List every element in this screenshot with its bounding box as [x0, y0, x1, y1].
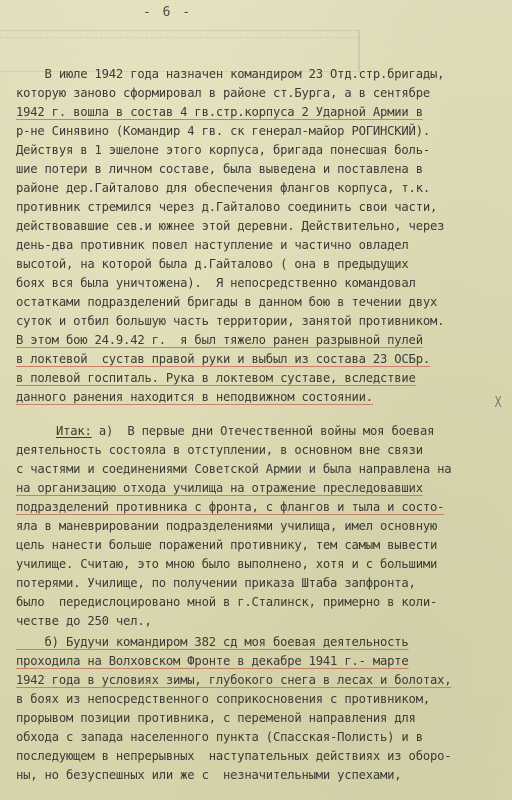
text-line-underlined: на организацию отхода училища на отражен… — [16, 481, 423, 495]
text-line: Действуя в 1 эшелоне этого корпуса, бриг… — [16, 143, 430, 157]
text-line: которую заново сформировал в районе ст.Б… — [16, 86, 430, 100]
bleed-through-form-lines — [0, 30, 360, 72]
page-number: - 6 - — [143, 5, 192, 20]
text-line: боях вся была уничтожена). Я непосредств… — [16, 276, 416, 290]
document-page: - 6 - В июле 1942 года назначен командир… — [0, 0, 512, 800]
text-line-underlined: б) Будучи командиром 382 сд моя боевая д… — [16, 635, 409, 649]
text-line: потерями. Училище, по получении приказа … — [16, 576, 416, 590]
text-line: противник стремился через д.Гайталово со… — [16, 200, 437, 214]
text-line: прорывом позиции противника, с переменой… — [16, 711, 416, 725]
text-line: было передислоцировано мной в г.Сталинск… — [16, 595, 437, 609]
text-line: честве до 250 чел., — [16, 614, 152, 628]
handwritten-margin-mark: X — [495, 393, 502, 411]
text-line: день-два противник повел наступление и ч… — [16, 238, 409, 252]
text-line-underlined: подразделений противника с фронта, с фла… — [16, 500, 444, 514]
text-line: обхода с запада населенного пункта (Спас… — [16, 730, 423, 744]
text-span: которую заново сформировал в районе ст.Б… — [16, 86, 430, 100]
text-line: деятельность состояла в отступлении, в о… — [16, 443, 423, 457]
text-line: шие потери в личном составе, была выведе… — [16, 162, 423, 176]
text-line: суток и отбил большую часть территории, … — [16, 314, 444, 328]
text-span: а) В первые дни Отечественной войны моя … — [92, 424, 435, 438]
text-line: районе дер.Гайталово для обеспечения фла… — [16, 181, 430, 195]
text-line: с частями и соединениями Советской Армии… — [16, 462, 451, 476]
text-line-underlined: 1942 года в условиях зимы, глубокого сне… — [16, 673, 451, 687]
text-line-underlined: данного ранения находится в неподвижном … — [16, 390, 373, 404]
text-line: ны, но безуспешных или же с незначительн… — [16, 768, 401, 782]
text-line: высотой, на которой была д.Гайталово ( о… — [16, 257, 409, 271]
text-line-underlined: 1942 г. вошла в состав 4 гв.стр.корпуса … — [16, 105, 423, 119]
text-line: р-не Синявино (Командир 4 гв. ск генерал… — [16, 124, 430, 138]
text-line: действовавшие сев.и южнее этой деревни. … — [16, 219, 444, 233]
text-line: цель нанести больше поражений противнику… — [16, 538, 437, 552]
text-line: училище. Считаю, это мною было выполнено… — [16, 557, 437, 571]
text-line: В июле 1942 года назначен командиром 23 … — [16, 67, 444, 81]
text-line: последующем в непрерывных наступательных… — [16, 749, 451, 763]
text-line: яла в маневрировании подразделениями учи… — [16, 519, 437, 533]
text-line-underlined: в полевой госпиталь. Рука в локтевом сус… — [16, 371, 416, 385]
text-line: Итак: а) В первые дни Отечественной войн… — [56, 424, 434, 438]
text-line: остатками подразделений бригады в данном… — [16, 295, 437, 309]
text-line-underlined: В этом бою 24.9.42 г. я был тяжело ранен… — [16, 333, 423, 347]
text-line-underlined: проходила на Волховском Фронте в декабре… — [16, 654, 409, 668]
text-line: в боях из непосредственного соприкоснове… — [16, 692, 430, 706]
itak-label: Итак: — [56, 424, 92, 438]
text-line-underlined: в локтевой сустав правой руки и выбыл из… — [16, 352, 430, 366]
